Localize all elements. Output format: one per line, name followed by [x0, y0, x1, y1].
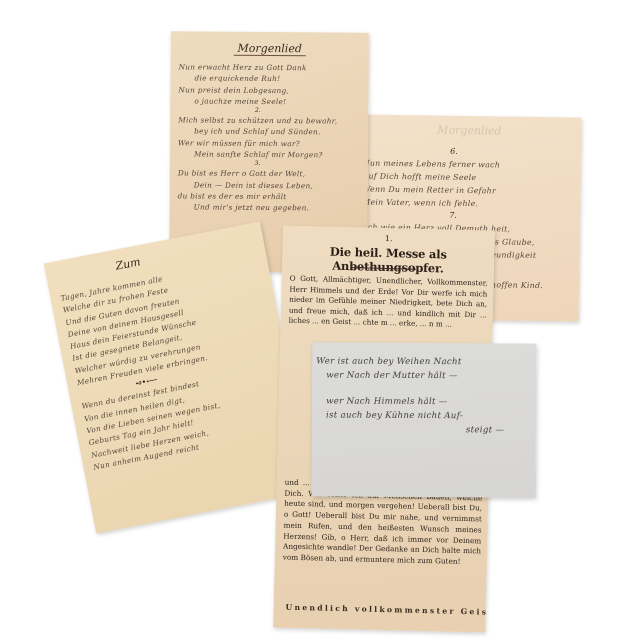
- page-title: Die heil. Messe als Anbethungsopfer.: [286, 244, 491, 277]
- page-title: Morgenlied: [171, 41, 369, 55]
- text-line: Mein Vater, wenn ich fehle.: [362, 196, 544, 212]
- text-line: ist auch bey Kühne nicht Auf-: [316, 408, 504, 423]
- text-line: Und mir's jetzt neu gegeben.: [178, 202, 337, 214]
- prayer-paragraph-top: O Gott, Allmächtiger, Unendlicher, Vollk…: [288, 274, 487, 332]
- text-line: steigt —: [316, 422, 504, 437]
- morgenlied-text: Nun erwacht Herz zu Gott Dank die erquic…: [178, 61, 338, 214]
- text-line: wer Nach der Mutter hält —: [316, 368, 504, 383]
- faded-heading: Morgenlied: [437, 124, 502, 138]
- text-line: Mein sanfte Schlaf mir Morgen?: [178, 148, 337, 160]
- text-line: Wer ist auch bey Weihen Nacht: [316, 354, 504, 369]
- left-page-text: Tagen, Jahre kommen alle Welche dir zu f…: [60, 267, 229, 474]
- text-line: wer Nach Himmels hält —: [316, 394, 504, 409]
- text-line: o jauchze meine Seele!: [178, 95, 337, 107]
- page-title: Zum: [114, 255, 141, 273]
- note-text: Wer ist auch bey Weihen Nacht wer Nach d…: [316, 354, 505, 437]
- prayer-footer-line: Unendlich vollkommenster Geist! ich: [286, 603, 478, 617]
- grey-handwritten-note: Wer ist auch bey Weihen Nacht wer Nach d…: [312, 342, 537, 497]
